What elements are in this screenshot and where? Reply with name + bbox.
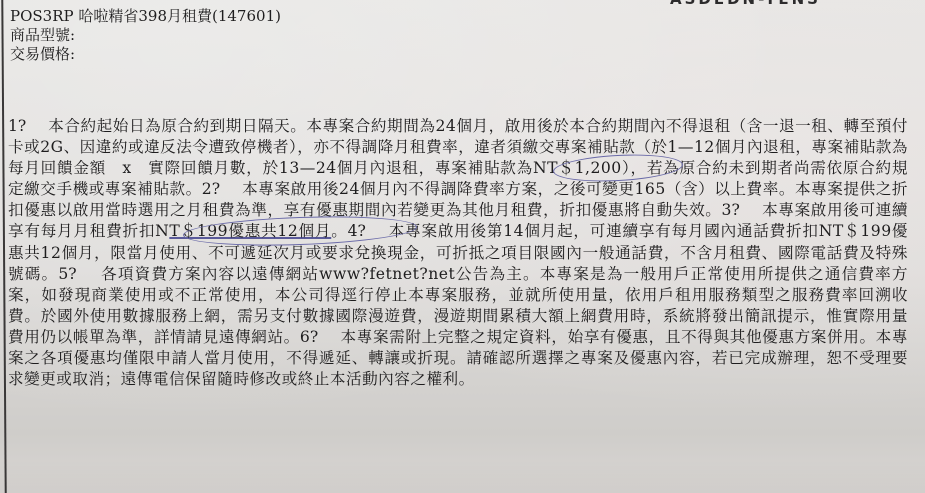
field-product-model: 商品型號: (10, 26, 281, 45)
clause-number: 6? (300, 328, 318, 346)
cropped-header-text: ASDEDN-TENS (670, 0, 821, 8)
field-label: 交易價格: (10, 45, 75, 63)
terms-paragraph: 1? 本合約起始日為原合約到期日隔天。本專案合約期間為24個月，啟用後於本合約期… (8, 116, 908, 390)
printed-contract-page: ASDEDN-TENS POS3RP 哈啦精省398月租費(147601) 商品… (0, 0, 925, 493)
clause-number: 1? (8, 117, 26, 135)
page-left-border (1, 0, 6, 493)
field-label: 商品型號: (10, 26, 75, 44)
plan-header: POS3RP 哈啦精省398月租費(147601) 商品型號: 交易價格: (10, 7, 281, 64)
page-bottom-shadow (0, 460, 925, 493)
clause-number: 3? (722, 201, 740, 219)
clause-number: 2? (202, 180, 220, 198)
circled-amount-1200: T＄1,200） (547, 159, 630, 177)
field-transaction-price: 交易價格: (10, 45, 281, 64)
clause-number: 4? (348, 222, 366, 240)
circled-discount-199: T＄199優惠共12個月 (169, 222, 331, 240)
clause-3-text-cont: 。 (331, 222, 347, 240)
plan-name-line: POS3RP 哈啦精省398月租費(147601) (10, 7, 281, 26)
clause-number: 5? (58, 265, 76, 283)
